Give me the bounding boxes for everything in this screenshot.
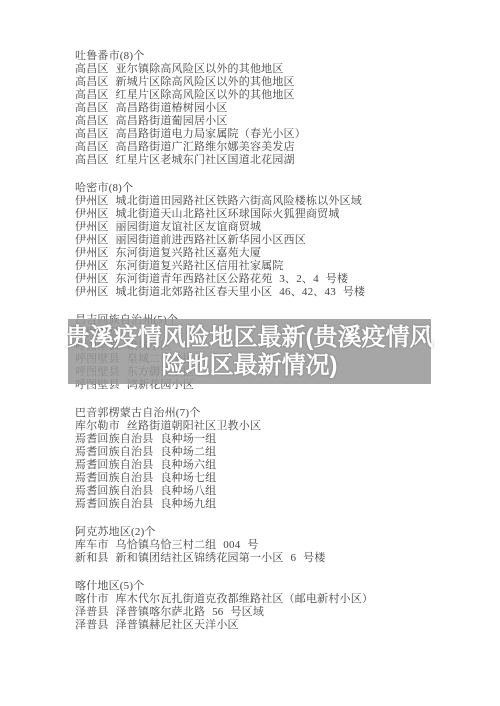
risk-area-item: 伊州区 东河街道复兴路社区嘉苑大厦 <box>75 247 373 260</box>
risk-area-item: 泽普县 泽普镇喀尔萨北路 56 号区域 <box>75 606 373 619</box>
risk-area-item: 喀什市 库木代尔瓦扎街道克孜都维路社区（邮电新村小区） <box>75 593 373 606</box>
risk-area-item: 高昌区 高昌路街道葡园居小区 <box>75 115 373 128</box>
risk-area-item: 焉耆回族自治县 良种场一组 <box>75 433 373 446</box>
risk-area-item: 焉耆回族自治县 良种场六组 <box>75 459 373 472</box>
headline-overlay: 贵溪疫情风险地区最新(贵溪疫情风 险地区最新情况) <box>68 319 431 384</box>
section-bayingol: 巴音郭楞蒙古自治州(7)个 库尔勒市 丝路街道朝阳社区卫教小区 焉耆回族自治县 … <box>75 407 373 511</box>
risk-area-item: 伊州区 城北街道田园路社区铁路六街高风险楼栋以外区域 <box>75 195 373 208</box>
risk-area-item: 焉耆回族自治县 良种场二组 <box>75 446 373 459</box>
risk-area-item: 伊州区 城北街道天山北路社区环球国际火狐狸商贸城 <box>75 208 373 221</box>
document-page: 吐鲁番市(8)个 高昌区 亚尔镇除高风险区以外的其他地区 高昌区 新城片区除高风… <box>0 0 500 706</box>
risk-area-item: 伊州区 城北街道北郊路社区春天里小区 46、42、43 号楼 <box>75 286 373 299</box>
risk-area-item: 高昌区 高昌路街道电力局家属院（春光小区） <box>75 128 373 141</box>
risk-area-item: 高昌区 红星片区老城东门社区国道北花园湖 <box>75 154 373 167</box>
section-header: 巴音郭楞蒙古自治州(7)个 <box>75 407 373 420</box>
risk-area-item: 高昌区 新城片区除高风险区以外的其他地区 <box>75 76 373 89</box>
risk-area-item: 高昌区 亚尔镇除高风险区以外的其他地区 <box>75 63 373 76</box>
section-kashgar: 喀什地区(5)个 喀什市 库木代尔瓦扎街道克孜都维路社区（邮电新村小区） 泽普县… <box>75 580 373 632</box>
section-hami: 哈密市(8)个 伊州区 城北街道田园路社区铁路六街高风险楼栋以外区域 伊州区 城… <box>75 182 373 299</box>
risk-area-item: 库车市 乌恰镇乌恰三村二组 004 号 <box>75 539 373 552</box>
risk-area-item: 高昌区 红星片区除高风险区以外的其他地区 <box>75 89 373 102</box>
risk-area-item: 焉耆回族自治县 良种场八组 <box>75 485 373 498</box>
section-header: 阿克苏地区(2)个 <box>75 526 373 539</box>
risk-area-item: 焉耆回族自治县 良种场七组 <box>75 472 373 485</box>
risk-area-item: 伊州区 丽园街道前进西路社区新华园小区西区 <box>75 234 373 247</box>
section-header: 哈密市(8)个 <box>75 182 373 195</box>
risk-area-item: 伊州区 东河街道青年西路社区公路花苑 3、2、4 号楼 <box>75 273 373 286</box>
risk-area-item: 伊州区 丽园街道友谊社区友谊商贸城 <box>75 221 373 234</box>
risk-area-item: 泽普县 泽普镇赫尼社区天洋小区 <box>75 619 373 632</box>
risk-area-item: 高昌区 高昌路街道椿树园小区 <box>75 102 373 115</box>
risk-area-item: 库尔勒市 丝路街道朝阳社区卫教小区 <box>75 420 373 433</box>
risk-area-item: 焉耆回族自治县 良种场九组 <box>75 498 373 511</box>
headline-line-2: 险地区最新情况) <box>162 352 338 380</box>
section-aksu: 阿克苏地区(2)个 库车市 乌恰镇乌恰三村二组 004 号 新和县 新和镇团结社… <box>75 526 373 565</box>
risk-area-item: 新和县 新和镇团结社区锦绣花园第一小区 6 号楼 <box>75 552 373 565</box>
risk-area-item: 伊州区 东河街道复兴路社区信用社家属院 <box>75 260 373 273</box>
section-turpan: 吐鲁番市(8)个 高昌区 亚尔镇除高风险区以外的其他地区 高昌区 新城片区除高风… <box>75 50 373 167</box>
section-header: 喀什地区(5)个 <box>75 580 373 593</box>
headline-line-1: 贵溪疫情风险地区最新(贵溪疫情风 <box>66 324 434 352</box>
section-header: 吐鲁番市(8)个 <box>75 50 373 63</box>
risk-area-item: 高昌区 高昌路街道广汇路维尔娜美容美发店 <box>75 141 373 154</box>
